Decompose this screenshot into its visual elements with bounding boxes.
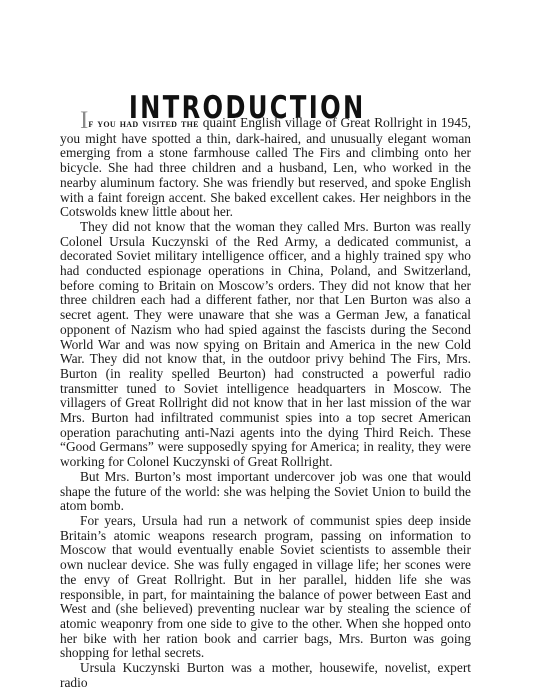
lead-in-small-caps: f you had visited the (88, 118, 198, 130)
paragraph-4: For years, Ursula had run a network of c… (60, 514, 471, 661)
paragraph-1-text: quaint English village of Great Rollrigh… (60, 115, 471, 219)
chapter-body: If you had visited the quaint English vi… (60, 116, 471, 690)
paragraph-5: Ursula Kuczynski Burton was a mother, ho… (60, 661, 471, 690)
book-page: INTRODUCTION If you had visited the quai… (0, 0, 533, 693)
paragraph-3: But Mrs. Burton’s most important underco… (60, 470, 471, 514)
paragraph-1: If you had visited the quaint English vi… (60, 116, 471, 220)
paragraph-2: They did not know that the woman they ca… (60, 220, 471, 470)
